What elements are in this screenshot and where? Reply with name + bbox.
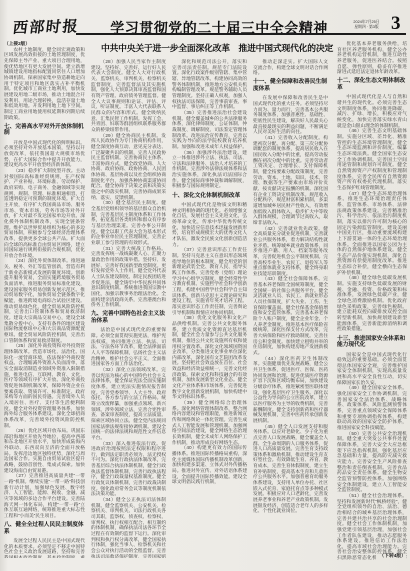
masthead-rule [76,33,406,35]
body-paragraph: （51）健全社会治理体系。坚持和发展新时代“枫桥经验”，健全党组织领导的自治、法… [337,493,407,560]
body-paragraph: （47）健全生态环境治理体系。推进生态环境治理责任体系、监管体系、市场体系、法律… [337,191,407,276]
body-paragraph: （50）完善公共安全治理机制。健全重大突发公共事件处置保障体系，完善大安全大应急… [337,431,407,493]
body-paragraph: 农村土地制度，健全同宏观政策和区域发展高效衔接的土地管理制度，优先保障主导产业、… [4,47,85,121]
body-paragraph: （44）深化医药卫生体制改革。实施健康优先发展战略，健全公共卫生体系，促进医疗、… [253,356,328,424]
section-heading: 九、完善中国特色社会主义法治体系 [91,311,166,324]
body-paragraph: （35）完善推进法治社会建设机制。健全覆盖城乡的公共法律服务体系，深化律师制度、… [172,110,247,150]
page-number: 3 [391,13,401,35]
body-paragraph: （31）完善大统战工作格局。完善发挥统一战线凝聚人心、汇聚力量政治作用的政策举措… [91,246,166,308]
body-paragraph: 优化基本养老服务供给，培育社区养老服务机构，健全公办养老机构运营机制，推进互助性… [337,41,407,75]
body-paragraph: （43）健全社会保障体系。完善基本养老保险全国统筹制度，健全全国统一的社保公共服… [253,276,328,355]
main-headline: 中共中央关于进一步全面深化改革 推进中国式现代化的决定 [88,41,346,54]
text-column-2: （28）加强人民当家作主制度建设。坚持好、完善好、运行好人民代表大会制度。健全人… [91,59,166,558]
body-paragraph: （48）健全绿色低碳发展机制。实施支持绿色低碳发展的财税、金融、投资、价格政策和… [337,275,407,332]
body-paragraph: （28）加强人民当家作主制度建设。坚持好、完善好、运行好人民代表大会制度。健全人… [91,59,166,133]
body-paragraph: （37）完善意识形态工作责任制。坚持马克思主义在意识形态领域指导地位的根本制度，… [172,247,247,315]
body-paragraph: 中国式现代化是物质文明和精神文明相协调的现代化。必须增强文化自信，发展社会主义先… [172,202,247,247]
text-column-5: 优化基本养老服务供给，培育社区养老服务机构，健全公办养老机构运营机制，推进互助性… [337,41,407,560]
newspaper-page: 西部时报 学习贯彻党的二十届三中全会精神 2024年7月25日 星期四 · 第3… [0,0,410,571]
body-paragraph: （41）完善收入分配制度。构建初次分配、再分配、第三次分配协调配套的制度体系，提… [253,135,328,226]
body-paragraph: （40）构建更有效力的国际传播体系。推进国际传播格局重构，深化主流媒体国际传播机… [172,445,247,485]
edition-line: 星期四 · 第3版 [343,25,390,30]
body-paragraph: 在发展中保障和改善民生是中国式现代化的重大任务。必须坚持尽力而为、量力而行，完善… [253,95,328,135]
section-heading: 八、健全全过程人民民主制度体系 [4,522,85,535]
section-heading: 十、深化文化体制机制改革 [172,193,247,200]
section-heading: 七、完善高水平对外开放体制机制 [4,124,85,137]
body-paragraph: （46）完善生态文明基础体制。实施分区域、差异化、精准管控的生态环境管理制度，健… [337,128,407,190]
body-paragraph: 国家安全是中国式现代化行稳致远的重要基础。必须全面贯彻总体国家安全观，完善维护国… [337,352,407,386]
body-paragraph: 开放是中国式现代化的鲜明标识。必须坚持对外开放基本国策，坚持以开放促改革，依托我… [4,140,85,168]
body-paragraph: 深化和规范司法公开，落实和完善司法责任制。规范专门法院设置。深化行政案件级别管辖… [172,59,247,110]
text-column-4: 推动走深走实。扩大国际人文交流合作，构建全球文明对话合作网络。十一、健全保障和改… [253,59,328,558]
body-paragraph: 中国式现代化是人与自然和谐共生的现代化。必须完善生态文明制度体系，协同推进降碳、… [337,94,407,128]
body-paragraph: （27）完善推进高质量共建“一带一路”机制。继续实施“一带一路”科技创新行动计划… [4,473,85,518]
body-paragraph: （45）健全人口发展支持和服务体系。以应对老龄化、少子化为重点完善人口发展战略，… [253,424,328,515]
body-paragraph: （25）深化外商投资和对外投资管理体制改革。营造市场化、法治化、国际化一流营商环… [4,343,85,428]
body-paragraph: （32）深化立法领域改革。完善以宪法为核心的中国特色社会主义法律体系，健全保证宪… [91,367,166,441]
banner-title: 学习贯彻党的二十届三中全会精神 [90,18,348,38]
body-paragraph: 推动走深走实。扩大国际人文交流合作，构建全球文明对话合作网络。 [253,59,328,76]
continued-on-note: （下转4版） [376,554,406,560]
body-paragraph: 发展全过程人民民主是中国式现代化的本质要求。必须坚定不移走中国特色社会主义政治发… [4,538,85,558]
body-paragraph: （34）健全公正执法司法体制机制。健全监察机关、公安机关、检察机关、审判机关、司… [91,497,166,558]
text-column-1: （上接2版）农村土地制度，健全同宏观政策和区域发展高效衔接的土地管理制度，优先保… [4,41,85,558]
section-heading: 十二、深化生态文明体制改革 [337,78,407,91]
body-paragraph: （26）优化区域开放布局。巩固东部沿海地区开放先导地位，提高中西部和东北地区开放… [4,428,85,473]
body-paragraph: （30）健全基层民主制度。健全基层党组织领导的基层群众自治机制，完善基层民主制度… [91,200,166,245]
date-block: 2024年7月25日 星期四 · 第3版 [343,20,390,30]
body-paragraph: （38）优化文化服务和文化产品供给机制。完善公共文化服务体系，建立优质文化资源直… [172,315,247,400]
section-heading: 十三、推进国家安全体系和能力现代化 [337,336,407,349]
body-paragraph: （29）健全协商民主机制。发挥人民政协作为专门协商机构作用，健全深度协商互动、意… [91,133,166,201]
body-paragraph: 法治是中国式现代化的重要保障。必须全面贯彻实施宪法，维护宪法权威，协同推进立法、… [91,327,166,367]
section-heading: 十一、健全保障和改善民生制度体系 [253,79,328,92]
body-paragraph: （23）稳步扩大制度型开放。主动对接国际高标准经贸规则，在产权保护、产业补贴、环… [4,168,85,259]
body-paragraph: （33）深入推进依法行政。促进政府治理按照法定权限和程序进行，做到法定职责必须为… [91,441,166,498]
text-column-3: 深化和规范司法公开，落实和完善司法责任制。规范专门法院设置。深化行政案件级别管辖… [172,59,247,558]
body-paragraph: （24）深化外贸体制改革。推进通关、税务、外汇等监管创新，营造有利于新业态新模式… [4,258,85,343]
body-paragraph: （39）健全网络综合治理体系。深化网络管理体制改革，整合网络内容建设和管理职能，… [172,400,247,445]
body-paragraph: （49）健全国家安全体系。强化国家安全工作协调机制，完善国家安全法治体系、战略体… [337,385,407,430]
newspaper-logo: 西部时报 [12,15,81,38]
body-paragraph: （42）完善就业优先政策。健全高质量充分就业促进机制，完善就业公共服务体系，着力… [253,226,328,277]
body-paragraph: （36）加强涉外法治建设。建立一体推进涉外立法、执法、司法、守法和法律服务、法治… [172,150,247,190]
